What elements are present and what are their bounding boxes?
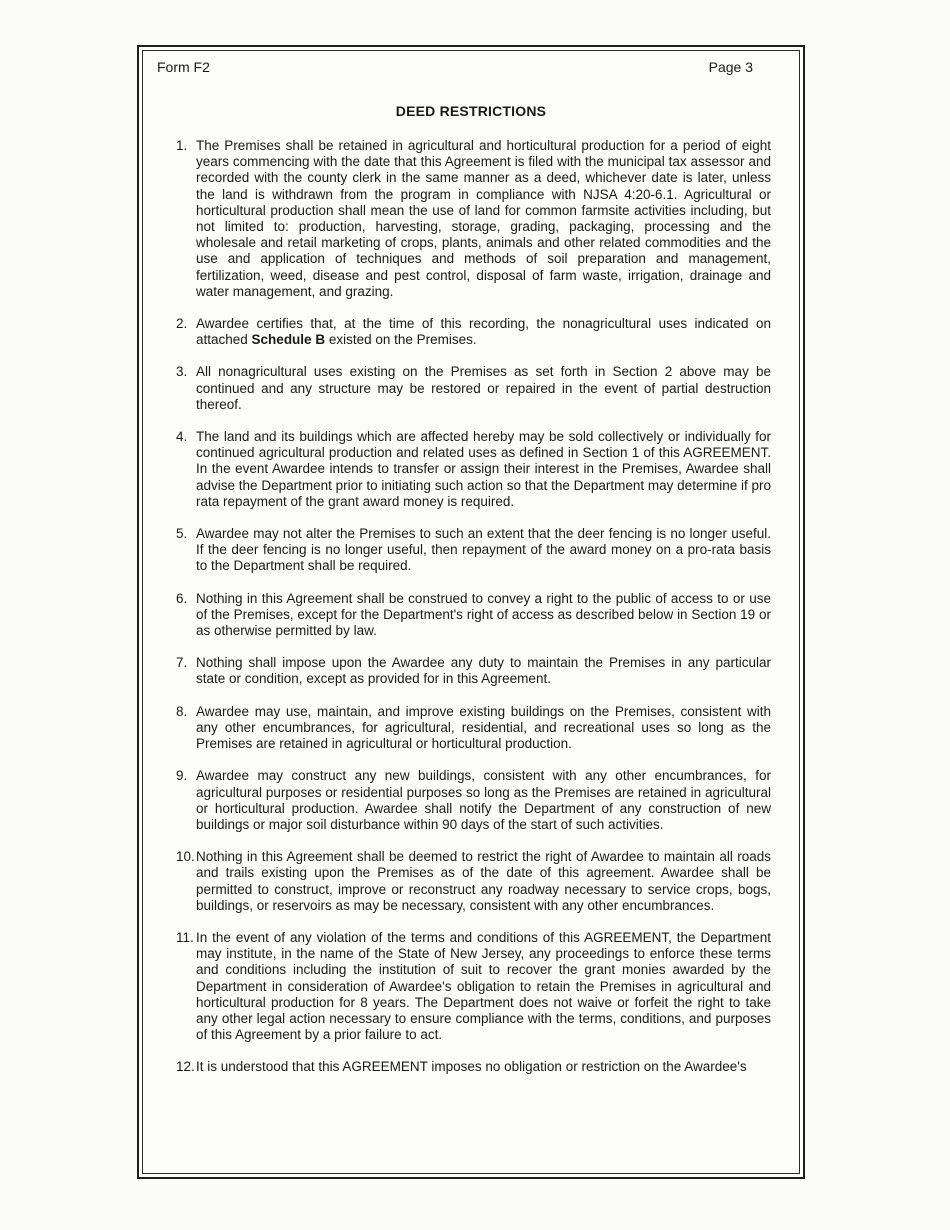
list-item: 5.Awardee may not alter the Premises to … bbox=[176, 526, 771, 575]
form-label: Form F2 bbox=[157, 59, 210, 75]
item-number: 8. bbox=[176, 704, 187, 720]
page-header: Form F2 Page 3 bbox=[143, 51, 799, 75]
item-number: 12. bbox=[176, 1059, 195, 1075]
list-item: 11.In the event of any violation of the … bbox=[176, 930, 771, 1043]
item-number: 9. bbox=[176, 768, 187, 784]
item-text: Nothing in this Agreement shall be deeme… bbox=[196, 849, 771, 913]
list-item: 6.Nothing in this Agreement shall be con… bbox=[176, 591, 771, 640]
item-text: Nothing shall impose upon the Awardee an… bbox=[196, 655, 771, 686]
item-number: 1. bbox=[176, 138, 187, 154]
document-sheet: Form F2 Page 3 DEED RESTRICTIONS 1.The P… bbox=[137, 45, 805, 1179]
list-item: 1.The Premises shall be retained in agri… bbox=[176, 138, 771, 300]
item-number: 5. bbox=[176, 526, 187, 542]
item-number: 2. bbox=[176, 316, 187, 332]
item-text: Awardee may use, maintain, and improve e… bbox=[196, 704, 771, 751]
item-text: All nonagricultural uses existing on the… bbox=[196, 364, 771, 411]
item-number: 10. bbox=[176, 849, 195, 865]
bold-text: Schedule B bbox=[252, 332, 326, 347]
list-item: 10.Nothing in this Agreement shall be de… bbox=[176, 849, 771, 914]
inner-border: Form F2 Page 3 DEED RESTRICTIONS 1.The P… bbox=[142, 50, 800, 1174]
item-number: 7. bbox=[176, 655, 187, 671]
page-number: Page 3 bbox=[709, 59, 753, 75]
deed-restrictions-list: 1.The Premises shall be retained in agri… bbox=[176, 138, 771, 1076]
item-text: The land and its buildings which are aff… bbox=[196, 429, 771, 509]
item-text: Awardee may not alter the Premises to su… bbox=[196, 526, 771, 573]
list-item: 12.It is understood that this AGREEMENT … bbox=[176, 1059, 771, 1075]
list-item: 9.Awardee may construct any new building… bbox=[176, 768, 771, 833]
item-number: 4. bbox=[176, 429, 187, 445]
item-text: Nothing in this Agreement shall be const… bbox=[196, 591, 771, 638]
list-item: 2.Awardee certifies that, at the time of… bbox=[176, 316, 771, 348]
item-text: In the event of any violation of the ter… bbox=[196, 930, 771, 1042]
item-number: 11. bbox=[176, 930, 194, 946]
item-text: Awardee certifies that, at the time of t… bbox=[196, 316, 771, 347]
item-text: It is understood that this AGREEMENT imp… bbox=[196, 1059, 747, 1074]
item-number: 6. bbox=[176, 591, 187, 607]
item-text: Awardee may construct any new buildings,… bbox=[196, 768, 771, 832]
list-item: 4.The land and its buildings which are a… bbox=[176, 429, 771, 510]
item-text: The Premises shall be retained in agricu… bbox=[196, 138, 771, 299]
list-item: 7.Nothing shall impose upon the Awardee … bbox=[176, 655, 771, 687]
list-item: 8.Awardee may use, maintain, and improve… bbox=[176, 704, 771, 753]
list-item: 3.All nonagricultural uses existing on t… bbox=[176, 364, 771, 413]
item-number: 3. bbox=[176, 364, 187, 380]
plain-text: existed on the Premises. bbox=[325, 332, 477, 347]
document-title: DEED RESTRICTIONS bbox=[143, 103, 799, 119]
scanned-document: { "header": { "form_label": "Form F2", "… bbox=[0, 0, 950, 1230]
